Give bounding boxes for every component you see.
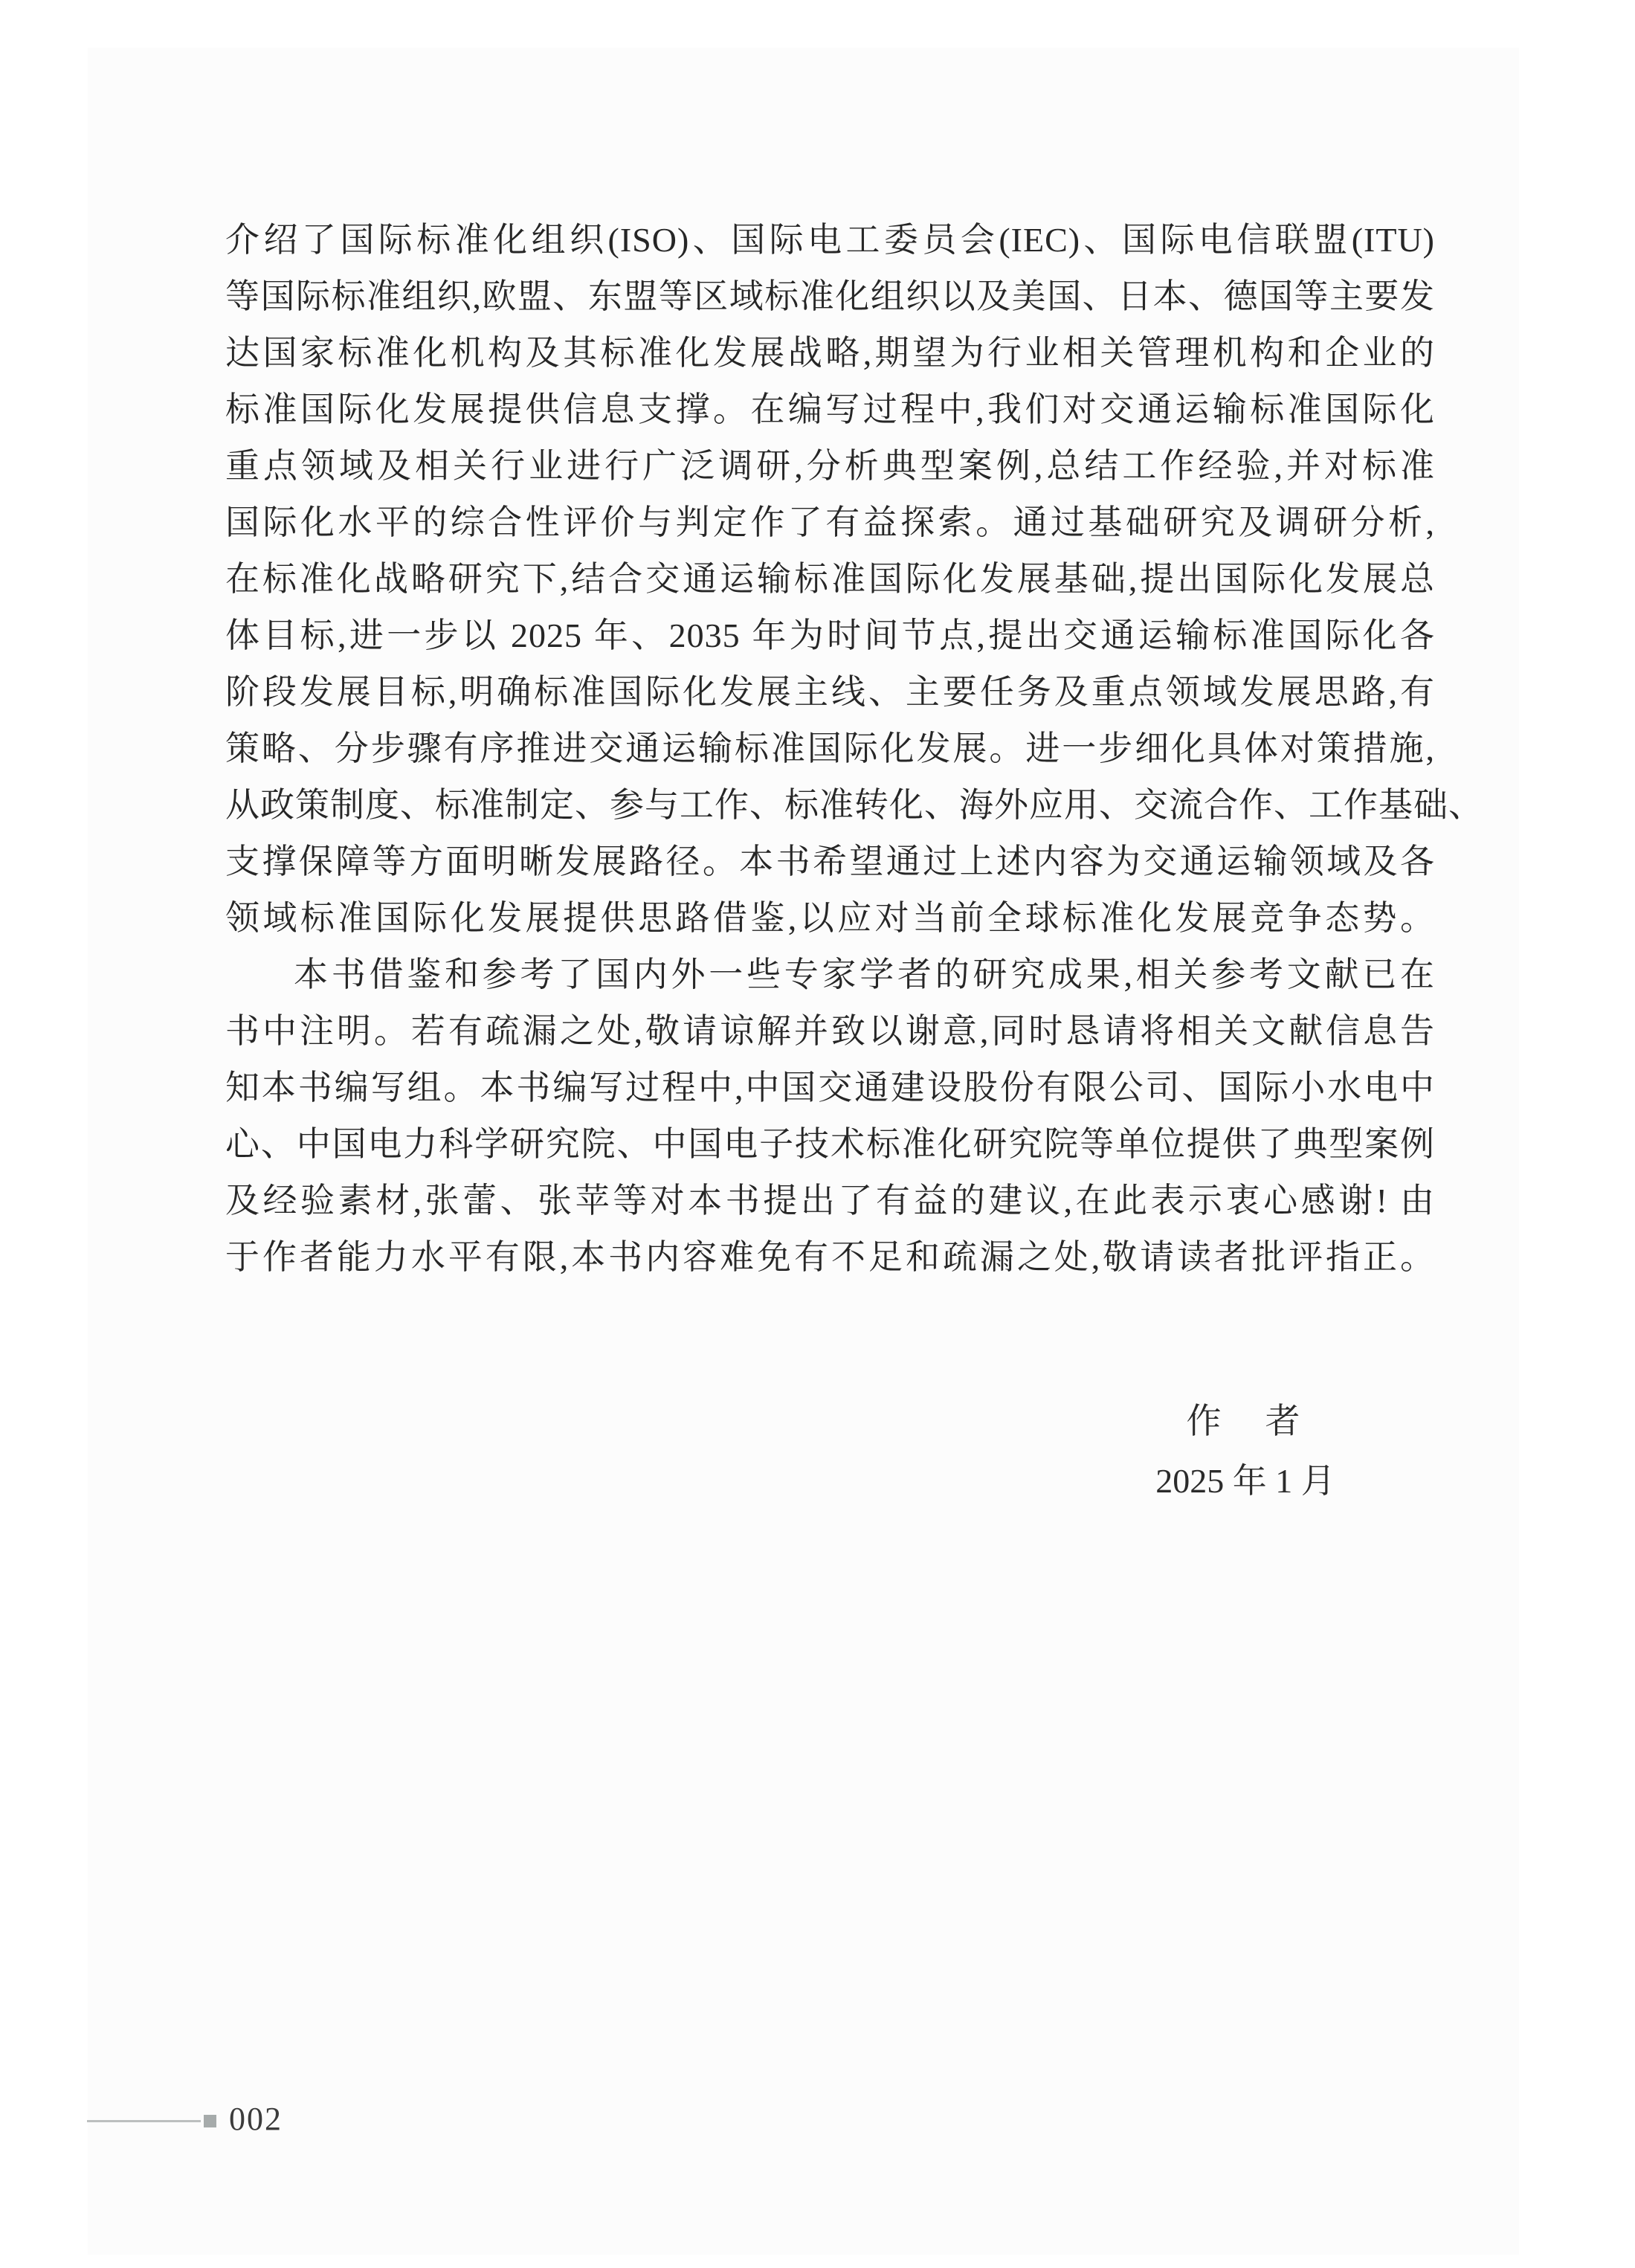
text-line: 策略、分步骤有序推进交通运输标准国际化发展。进一步细化具体对策措施,: [225, 721, 1435, 777]
text-line: 阶段发展目标,明确标准国际化发展主线、主要任务及重点领域发展思路,有: [225, 664, 1435, 721]
footer-rule: [87, 2120, 201, 2122]
text-line: 领域标准国际化发展提供思路借鉴,以应对当前全球标准化发展竞争态势。: [225, 890, 1435, 947]
text-line: 心、中国电力科学研究院、中国电子技术标准化研究院等单位提供了典型案例: [225, 1116, 1435, 1173]
text-line: 重点领域及相关行业进行广泛调研,分析典型案例,总结工作经验,并对标准: [225, 438, 1435, 494]
date-line: 2025 年 1 月: [1078, 1452, 1413, 1511]
text-line: 等国际标准组织,欧盟、东盟等区域标准化组织以及美国、日本、德国等主要发: [225, 268, 1435, 325]
text-line: 本书借鉴和参考了国内外一些专家学者的研究成果,相关参考文献已在: [225, 947, 1435, 1003]
text-line: 从政策制度、标准制定、参与工作、标准转化、海外应用、交流合作、工作基础、: [225, 777, 1435, 834]
page-number: 002: [229, 2097, 283, 2142]
text-line: 标准国际化发展提供信息支撑。在编写过程中,我们对交通运输标准国际化: [225, 381, 1435, 438]
author-line: 作 者: [1078, 1392, 1413, 1452]
text-line: 书中注明。若有疏漏之处,敬请谅解并致以谢意,同时恳请将相关文献信息告: [225, 1003, 1435, 1060]
text-line: 及经验素材,张蕾、张苹等对本书提出了有益的建议,在此表示衷心感谢! 由: [225, 1173, 1435, 1229]
paragraph-2: 本书借鉴和参考了国内外一些专家学者的研究成果,相关参考文献已在 书中注明。若有疏…: [225, 947, 1435, 1286]
text-line: 在标准化战略研究下,结合交通运输标准国际化发展基础,提出国际化发展总: [225, 551, 1435, 608]
text-line: 于作者能力水平有限,本书内容难免有不足和疏漏之处,敬请读者批评指正。: [225, 1229, 1435, 1286]
footer-square-marker: [204, 2115, 216, 2127]
text-line: 达国家标准化机构及其标准化发展战略,期望为行业相关管理机构和企业的: [225, 325, 1435, 381]
scanned-page: 介绍了国际标准化组织(ISO)、国际电工委员会(IEC)、国际电信联盟(ITU)…: [0, 0, 1635, 2268]
page-footer: 002: [0, 2097, 1635, 2142]
text-line: 体目标,进一步以 2025 年、2035 年为时间节点,提出交通运输标准国际化各: [225, 608, 1435, 664]
text-line: 介绍了国际标准化组织(ISO)、国际电工委员会(IEC)、国际电信联盟(ITU): [225, 212, 1435, 268]
paragraph-1: 介绍了国际标准化组织(ISO)、国际电工委员会(IEC)、国际电信联盟(ITU)…: [225, 212, 1435, 947]
text-line: 支撑保障等方面明晰发展路径。本书希望通过上述内容为交通运输领域及各: [225, 834, 1435, 890]
signature-block: 作 者 2025 年 1 月: [1078, 1392, 1413, 1511]
text-line: 国际化水平的综合性评价与判定作了有益探索。通过基础研究及调研分析,: [225, 494, 1435, 551]
text-line: 知本书编写组。本书编写过程中,中国交通建设股份有限公司、国际小水电中: [225, 1060, 1435, 1116]
preface-body: 介绍了国际标准化组织(ISO)、国际电工委员会(IEC)、国际电信联盟(ITU)…: [225, 212, 1435, 1286]
